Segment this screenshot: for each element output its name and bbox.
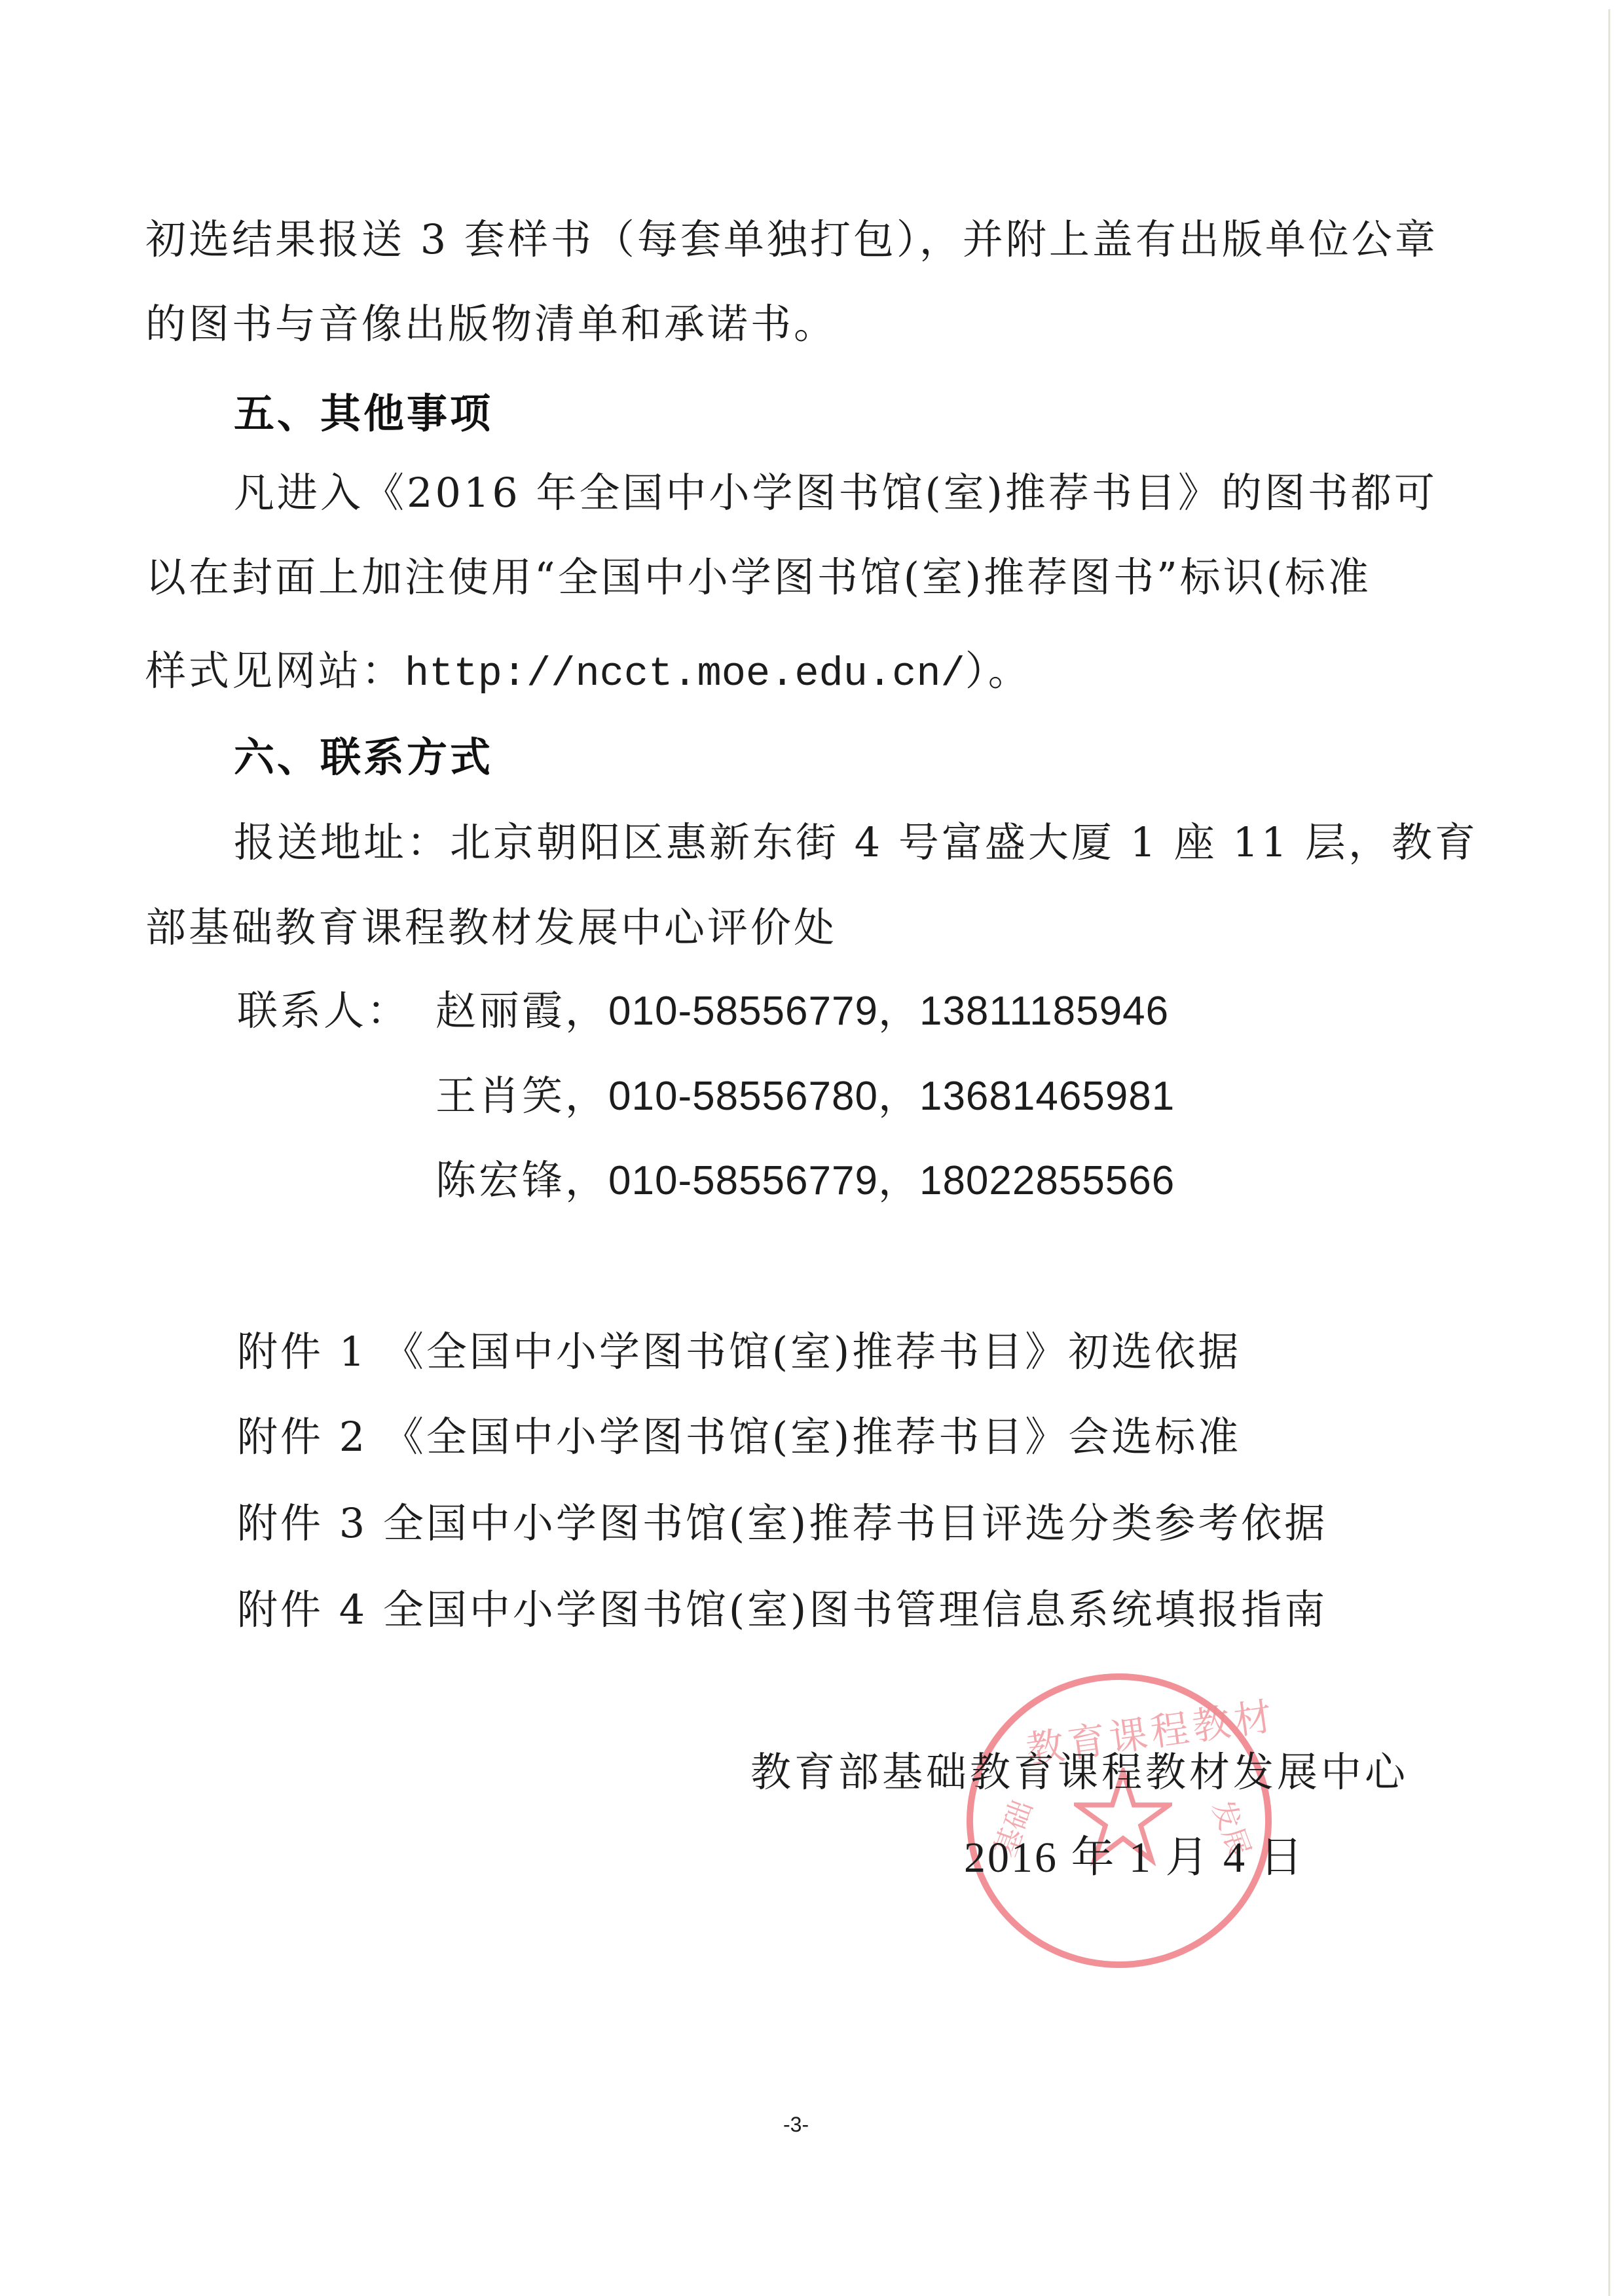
website-label: 样式见网站： bbox=[145, 647, 405, 695]
address-line: 报送地址：北京朝阳区惠新东街 4 号富盛大厦 1 座 11 层，教育 bbox=[234, 816, 1478, 869]
attachment-item: 附件 2 《全国中小学图书馆(室)推荐书目》会选标准 bbox=[237, 1411, 1241, 1463]
attachment-item: 附件 3 全国中小学图书馆(室)推荐书目评选分类参考依据 bbox=[237, 1497, 1327, 1550]
paragraph-line: 初选结果报送 3 套样书（每套单独打包），并附上盖有出版单位公章 bbox=[145, 213, 1438, 266]
section-heading-contact: 六、联系方式 bbox=[234, 731, 493, 784]
attachment-item: 附件 1 《全国中小学图书馆(室)推荐书目》初选依据 bbox=[237, 1326, 1241, 1378]
website-link[interactable]: http://ncct.moe.edu.cn/ bbox=[405, 651, 965, 697]
address-line: 部基础教育课程教材发展中心评价处 bbox=[145, 902, 837, 954]
contacts-label: 联系人： bbox=[237, 985, 410, 1037]
attachment-item: 附件 4 全国中小学图书馆(室)图书管理信息系统填报指南 bbox=[237, 1584, 1327, 1636]
contact-phones: 010-58556779，18022855566 bbox=[608, 1158, 1175, 1203]
section-heading-other-matters: 五、其他事项 bbox=[234, 388, 493, 440]
paragraph-line: 的图书与音像出版物清单和承诺书。 bbox=[145, 298, 837, 350]
paragraph-line: 凡进入《2016 年全国中小学图书馆(室)推荐书目》的图书都可 bbox=[234, 467, 1437, 519]
contact-row: 陈宏锋，010-58556779，18022855566 bbox=[435, 1154, 1175, 1207]
contact-phones: 010-58556779，13811185946 bbox=[608, 989, 1169, 1034]
issuing-organization: 教育部基础教育课程教材发展中心 bbox=[750, 1746, 1409, 1798]
paragraph-line: 以在封面上加注使用“全国中小学图书馆(室)推荐图书”标识(标准 bbox=[145, 551, 1371, 604]
closing-punctuation: ）。 bbox=[965, 647, 1031, 695]
page-number: -3- bbox=[783, 2111, 809, 2138]
contact-row: 赵丽霞，010-58556779，13811185946 bbox=[435, 985, 1169, 1038]
contact-row: 王肖笑，010-58556780，13681465981 bbox=[435, 1070, 1175, 1123]
contact-name: 陈宏锋， bbox=[435, 1156, 608, 1204]
paragraph-line: 样式见网站：http://ncct.moe.edu.cn/）。 bbox=[145, 645, 1031, 701]
contact-name: 赵丽霞， bbox=[435, 987, 608, 1034]
issue-date: 2016 年 1 月 4 日 bbox=[964, 1832, 1305, 1884]
page-edge-line bbox=[1608, 9, 1610, 2296]
contact-name: 王肖笑， bbox=[435, 1072, 608, 1120]
contact-phones: 010-58556780，13681465981 bbox=[608, 1074, 1175, 1119]
